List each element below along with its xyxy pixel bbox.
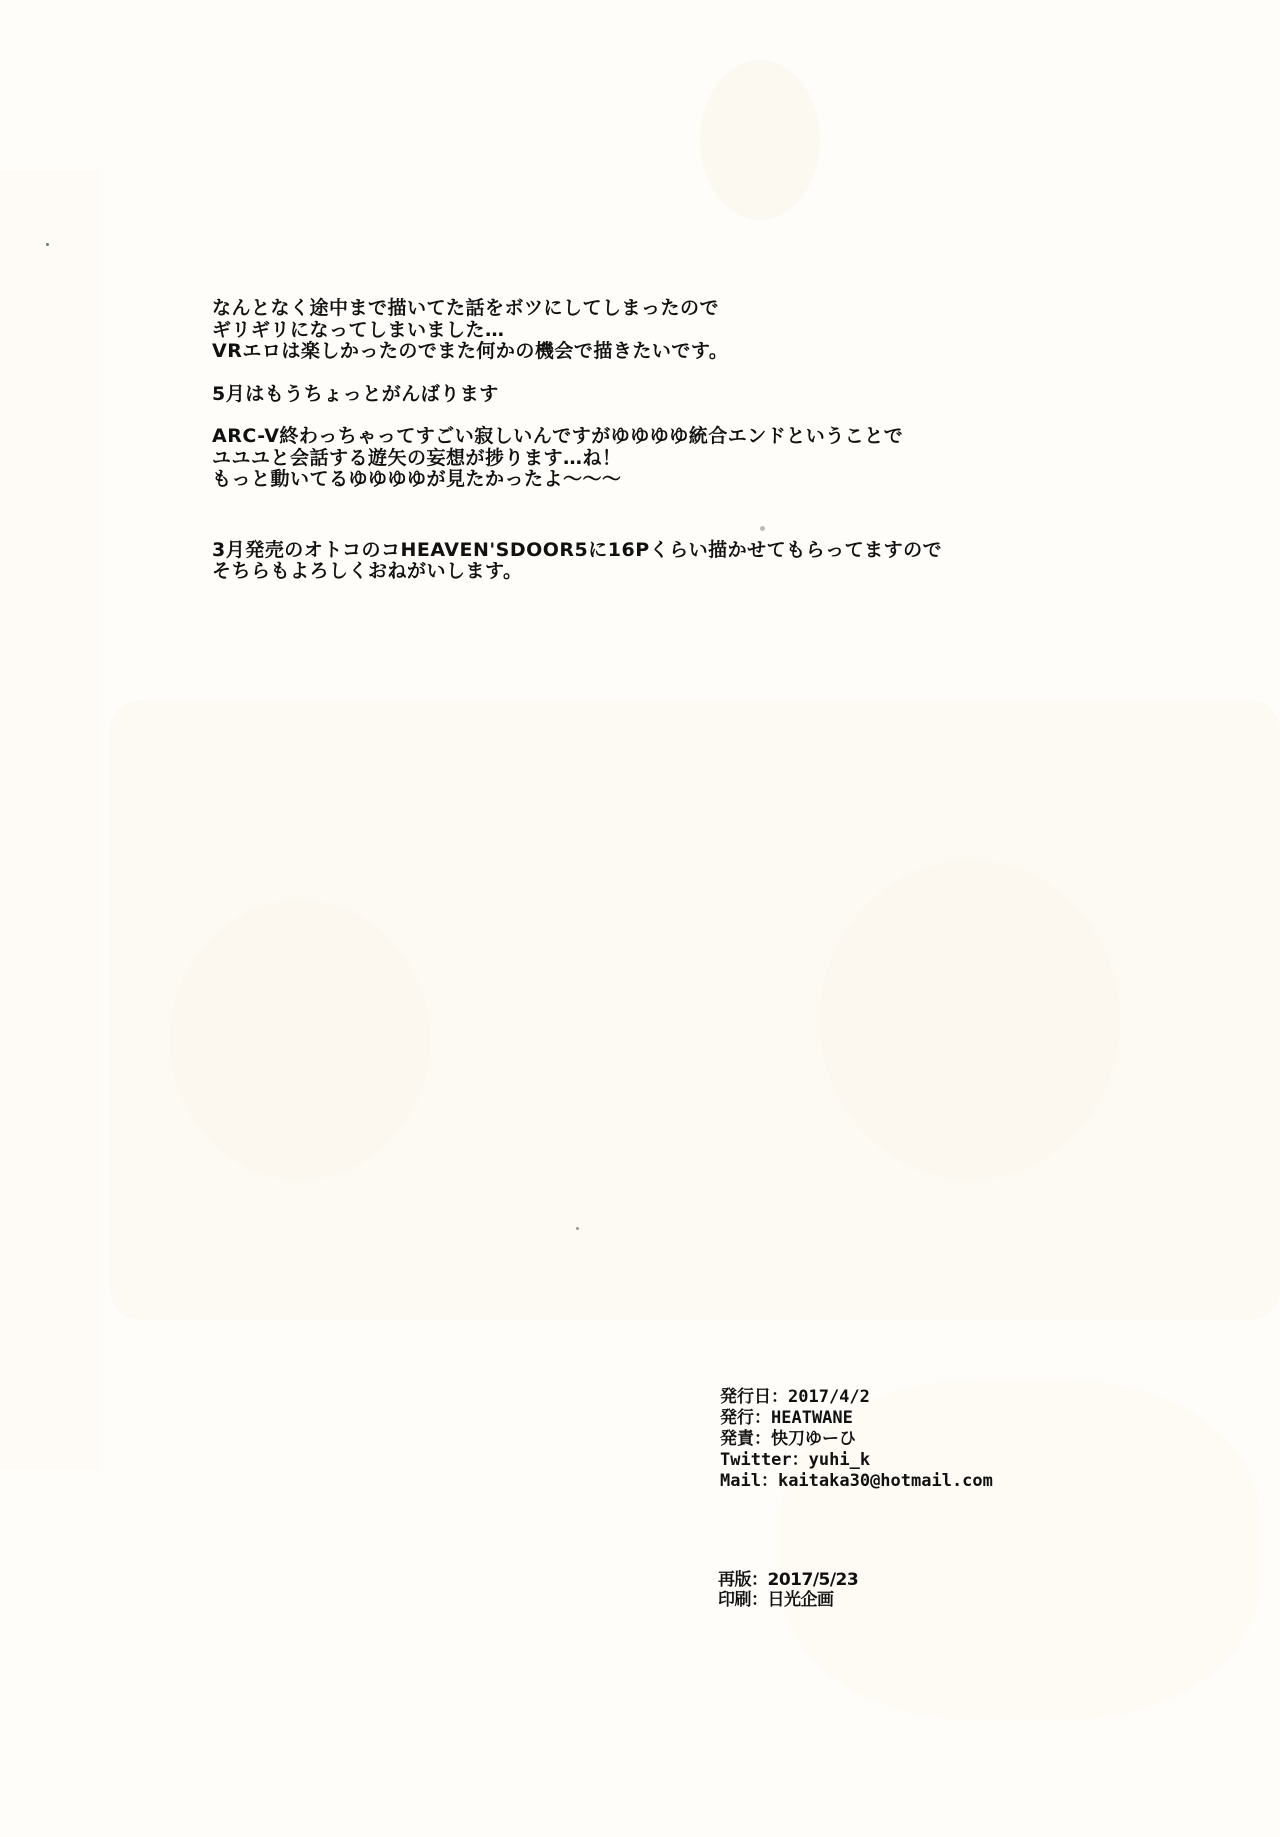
afterword-line: VRエロは楽しかったのでまた何かの機会で描きたいです。	[212, 341, 1112, 363]
paragraph-gap	[212, 405, 1112, 426]
colophon-row-publish-date: 発行日：2017/4/2	[720, 1387, 993, 1408]
colophon-separator: ：	[792, 1450, 809, 1470]
colophon-label: Mail	[720, 1471, 761, 1491]
colophon-value: 快刀ゆーひ	[771, 1429, 856, 1449]
reprint-info: 再版：2017/5/23 印刷：日光企画	[718, 1570, 858, 1610]
colophon-row-publisher: 発行：HEATWANE	[720, 1408, 993, 1429]
afterword-line: 5月はもうちょっとがんばります	[212, 384, 1112, 406]
background-watermark-shape	[170, 900, 430, 1180]
reprint-label: 印刷	[718, 1590, 751, 1610]
afterword-line: 3月発売のオトコのコHEAVEN'SDOOR5に16Pくらい描かせてもらってます…	[212, 540, 1112, 562]
dust-speck	[576, 1227, 579, 1230]
reprint-separator: ：	[751, 1590, 768, 1610]
reprint-value: 日光企画	[768, 1590, 834, 1610]
colophon-separator: ：	[754, 1408, 771, 1428]
reprint-row-date: 再版：2017/5/23	[718, 1570, 858, 1590]
afterword-line: なんとなく途中まで描いてた話をボツにしてしまったので	[212, 298, 1112, 320]
colophon-value: kaitaka30@hotmail.com	[778, 1471, 993, 1491]
colophon-label: 発責	[720, 1429, 754, 1449]
colophon-value: HEATWANE	[771, 1408, 853, 1428]
colophon-row-responsible: 発責：快刀ゆーひ	[720, 1429, 993, 1450]
afterword-line: ユユユと会話する遊矢の妄想が捗ります…ね！	[212, 448, 1112, 470]
colophon-row-twitter: Twitter：yuhi_k	[720, 1450, 993, 1471]
colophon-separator: ：	[754, 1429, 771, 1449]
reprint-separator: ：	[751, 1570, 768, 1590]
colophon-separator: ：	[771, 1387, 788, 1407]
colophon-value: 2017/4/2	[788, 1387, 870, 1407]
colophon-label: 発行	[720, 1408, 754, 1428]
reprint-row-printer: 印刷：日光企画	[718, 1590, 858, 1610]
background-watermark-shape	[820, 860, 1120, 1180]
afterword-line: そちらもよろしくおねがいします。	[212, 561, 1112, 583]
reprint-label: 再版	[718, 1570, 751, 1590]
afterword-text: なんとなく途中まで描いてた話をボツにしてしまったので ギリギリになってしまいまし…	[212, 298, 1112, 583]
colophon-label: Twitter	[720, 1450, 792, 1470]
background-watermark-strip	[0, 170, 100, 1470]
colophon-value: yuhi_k	[809, 1450, 870, 1470]
afterword-line: ギリギリになってしまいました…	[212, 320, 1112, 342]
dust-speck	[46, 243, 49, 246]
colophon-label: 発行日	[720, 1387, 771, 1407]
afterword-line: ARC-V終わっちゃってすごい寂しいんですがゆゆゆゆ統合エンドということで	[212, 426, 1112, 448]
colophon: 発行日：2017/4/2 発行：HEATWANE 発責：快刀ゆーひ Twitte…	[720, 1387, 993, 1492]
colophon-row-mail: Mail：kaitaka30@hotmail.com	[720, 1471, 993, 1492]
paragraph-gap	[212, 491, 1112, 540]
afterword-line: もっと動いてるゆゆゆゆが見たかったよ～～～	[212, 469, 1112, 491]
background-watermark-shape	[700, 60, 820, 220]
reprint-value: 2017/5/23	[768, 1570, 859, 1590]
colophon-separator: ：	[761, 1471, 778, 1491]
paragraph-gap	[212, 363, 1112, 384]
